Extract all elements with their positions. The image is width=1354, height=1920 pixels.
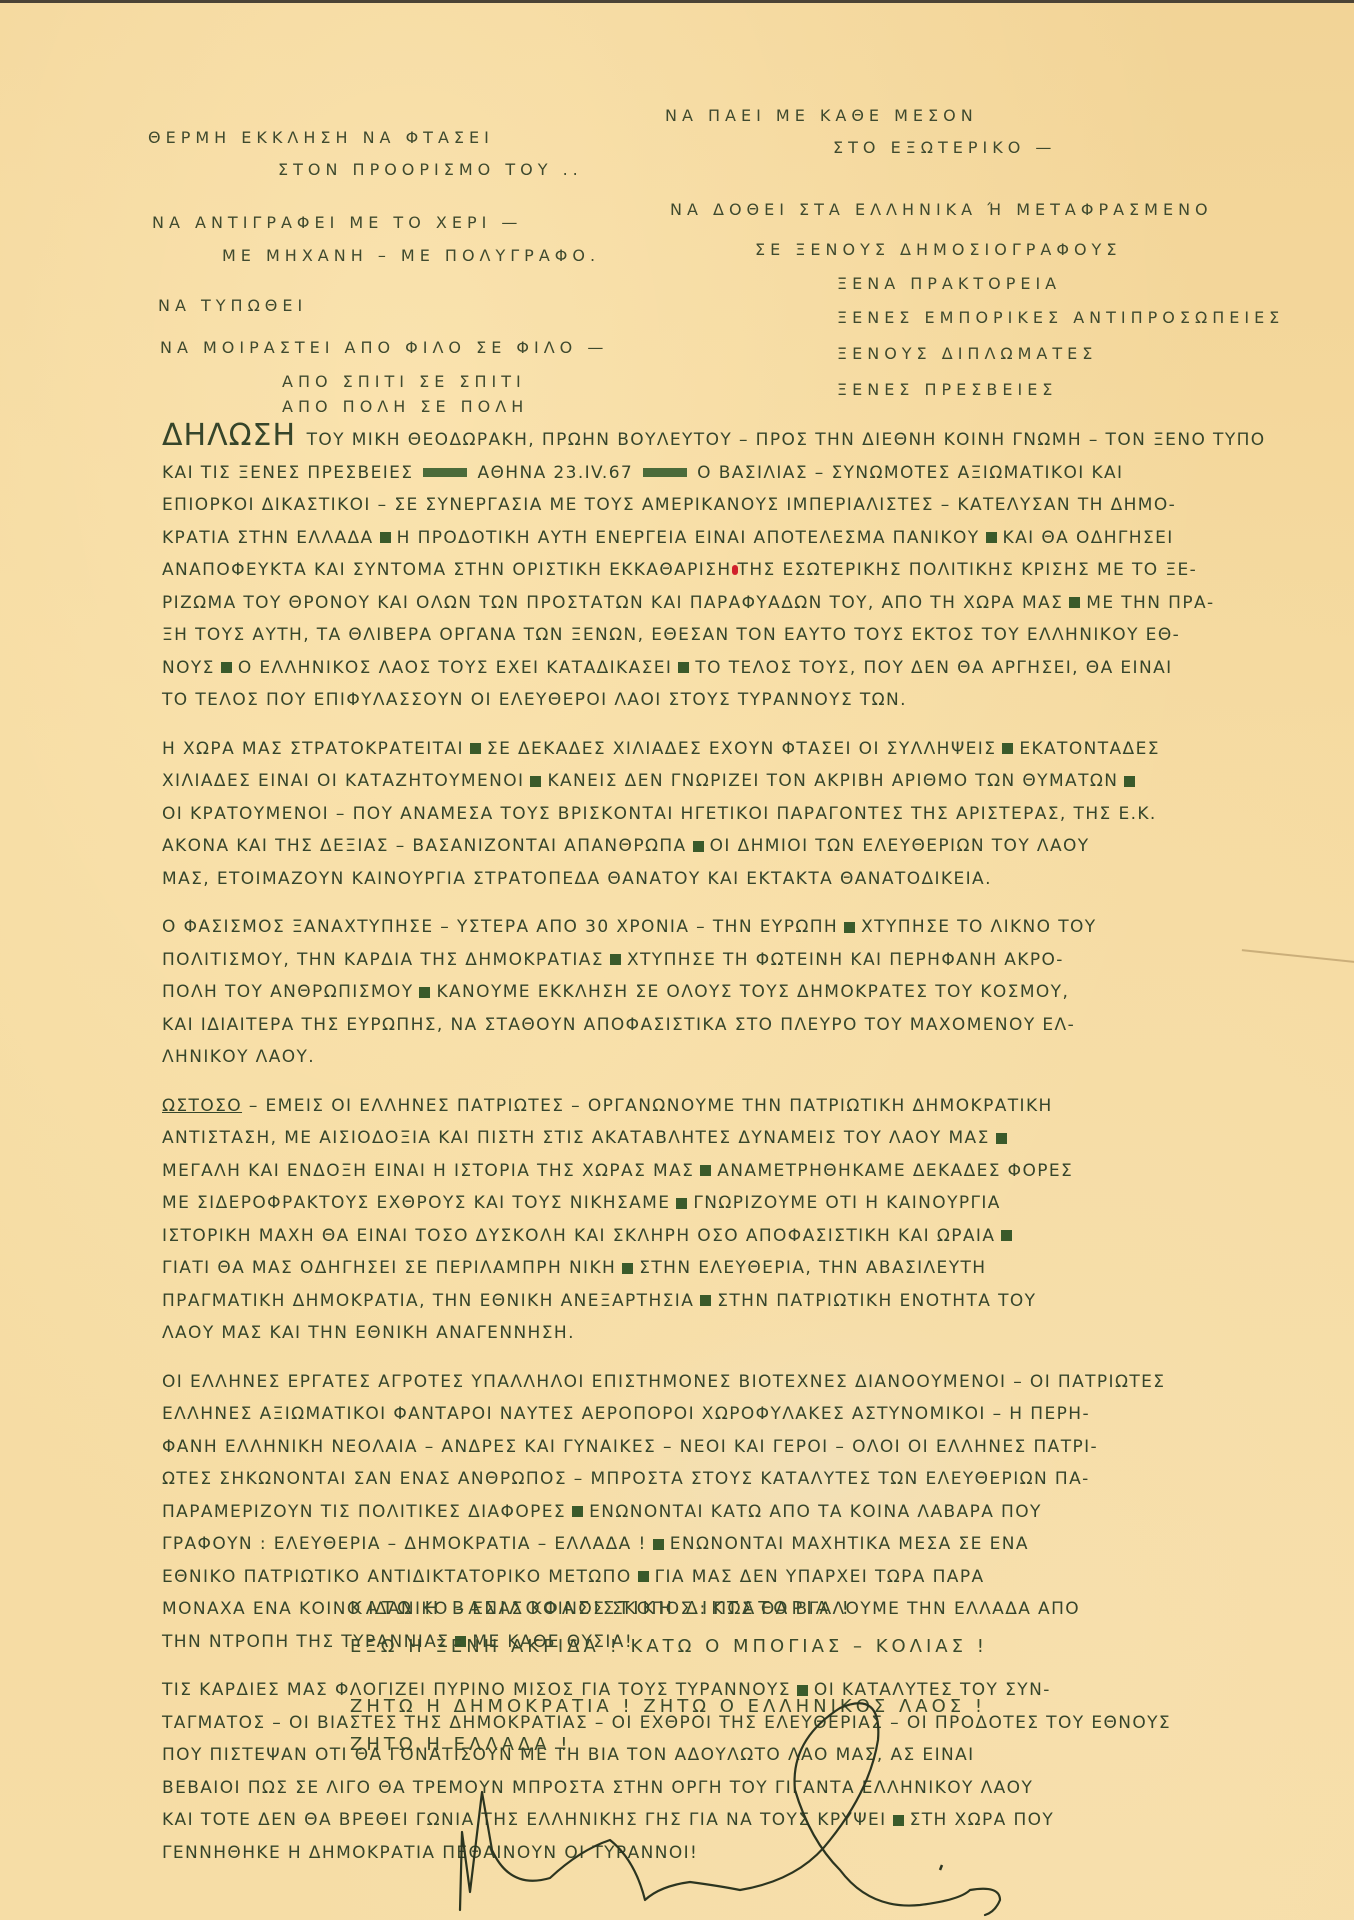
line-text: ΓΝΩΡΙΖΟΥΜΕ ΟΤΙ Η ΚΑΙΝΟΥΡΓΙΑ bbox=[693, 1193, 1000, 1213]
square-bullet-icon bbox=[1124, 776, 1135, 787]
paragraph: ΩΣΤΟΣΟ – ΕΜΕΙΣ ΟΙ ΕΛΛΗΝΕΣ ΠΑΤΡΙΩΤΕΣ – ΟΡ… bbox=[162, 1090, 1292, 1350]
line-text: ΑΘΗΝΑ 23.IV.67 bbox=[477, 463, 633, 483]
instruction-line: ΝΑ ΤΥΠΩΘΕΙ bbox=[158, 296, 307, 315]
slogan-line: ΚΑΤΩ Η ΒΑΣΙΛΟΦΑΣΙΣΤΙΚΗ ΔΙΚΤΑΤΟΡΙΑ ! bbox=[350, 1590, 988, 1628]
line-text: ΕΚΑΤΟΝΤΑΔΕΣ bbox=[1019, 739, 1160, 759]
text-line: ΕΠΙΟΡΚΟΙ ΔΙΚΑΣΤΙΚΟΙ – ΣΕ ΣΥΝΕΡΓΑΣΙΑ ΜΕ Τ… bbox=[162, 489, 1292, 522]
line-text: ΜΕ ΤΗΝ ΠΡΑ- bbox=[1086, 593, 1214, 613]
line-text: ΟΙ ΔΗΜΙΟΙ ΤΩΝ ΕΛΕΥΘΕΡΙΩΝ ΤΟΥ ΛΑΟΥ bbox=[710, 836, 1090, 856]
text-line: ΛΑΟΥ ΜΑΣ ΚΑΙ ΤΗΝ ΕΘΝΙΚΗ ΑΝΑΓΕΝΝΗΣΗ. bbox=[162, 1317, 1292, 1350]
square-bullet-icon bbox=[678, 662, 689, 673]
line-text: ΚΑΝΟΥΜΕ ΕΚΚΛΗΣΗ ΣΕ ΟΛΟΥΣ ΤΟΥΣ ΔΗΜΟΚΡΑΤΕΣ… bbox=[436, 982, 1069, 1002]
instruction-line: ΞΕΝΑ ΠΡΑΚΤΟΡΕΙΑ bbox=[837, 274, 1061, 293]
line-text: ΓΡΑΦΟΥΝ : ΕΛΕΥΘΕΡΙΑ – ΔΗΜΟΚΡΑΤΙΑ – ΕΛΛΑΔ… bbox=[162, 1534, 647, 1554]
instruction-line: ΝΑ ΠΑΕΙ ΜΕ ΚΑΘΕ ΜΕΣΟΝ bbox=[665, 106, 978, 125]
text-line: ΠΟΛΙΤΙΣΜΟΥ, ΤΗΝ ΚΑΡΔΙΑ ΤΗΣ ΔΗΜΟΚΡΑΤΙΑΣΧΤ… bbox=[162, 944, 1292, 977]
paragraph: Η ΧΩΡΑ ΜΑΣ ΣΤΡΑΤΟΚΡΑΤΕΙΤΑΙΣΕ ΔΕΚΑΔΕΣ ΧΙΛ… bbox=[162, 733, 1292, 896]
line-text: ΕΛΛΗΝΕΣ ΑΞΙΩΜΑΤΙΚΟΙ ΦΑΝΤΑΡΟΙ ΝΑΥΤΕΣ ΑΕΡΟ… bbox=[162, 1404, 1090, 1424]
text-line: ΓΡΑΦΟΥΝ : ΕΛΕΥΘΕΡΙΑ – ΔΗΜΟΚΡΑΤΙΑ – ΕΛΛΑΔ… bbox=[162, 1528, 1292, 1561]
line-text: ΕΠΙΟΡΚΟΙ ΔΙΚΑΣΤΙΚΟΙ – ΣΕ ΣΥΝΕΡΓΑΣΙΑ ΜΕ Τ… bbox=[162, 495, 1176, 515]
square-bullet-icon bbox=[1069, 597, 1080, 608]
square-bullet-icon bbox=[1001, 1230, 1012, 1241]
text-line: ΜΕ ΣΙΔΕΡΟΦΡΑΚΤΟΥΣ ΕΧΘΡΟΥΣ ΚΑΙ ΤΟΥΣ ΝΙΚΗΣ… bbox=[162, 1187, 1292, 1220]
line-text: ΠΟΛΗ ΤΟΥ ΑΝΘΡΩΠΙΣΜΟΥ bbox=[162, 982, 413, 1002]
line-text: ΝΟΥΣ bbox=[162, 658, 215, 678]
paragraph: Ο ΦΑΣΙΣΜΟΣ ΞΑΝΑΧΤΥΠΗΣΕ – ΥΣΤΕΡΑ ΑΠΟ 30 Χ… bbox=[162, 911, 1292, 1074]
line-text: ΕΝΩΝΟΝΤΑΙ ΚΑΤΩ ΑΠΟ ΤΑ ΚΟΙΝΑ ΛΑΒΑΡΑ ΠΟΥ bbox=[589, 1502, 1042, 1522]
text-line: ΑΚΟΝΑ ΚΑΙ ΤΗΣ ΔΕΞΙΑΣ – ΒΑΣΑΝΙΖΟΝΤΑΙ ΑΠΑΝ… bbox=[162, 830, 1292, 863]
line-text: ΑΝΑΠΟΦΕΥΚΤΑ ΚΑΙ ΣΥΝΤΟΜΑ ΣΤΗΝ ΟΡΙΣΤΙΚΗ ΕΚ… bbox=[162, 560, 732, 580]
line-text: ΧΤΥΠΗΣΕ ΤΗ ΦΩΤΕΙΝΗ ΚΑΙ ΠΕΡΗΦΑΝΗ ΑΚΡΟ- bbox=[627, 950, 1064, 970]
line-text: Η ΧΩΡΑ ΜΑΣ ΣΤΡΑΤΟΚΡΑΤΕΙΤΑΙ bbox=[162, 739, 464, 759]
line-text: ΛΑΟΥ ΜΑΣ ΚΑΙ ΤΗΝ ΕΘΝΙΚΗ ΑΝΑΓΕΝΝΗΣΗ. bbox=[162, 1323, 575, 1343]
square-bullet-icon bbox=[996, 1133, 1007, 1144]
text-line: ΙΣΤΟΡΙΚΗ ΜΑΧΗ ΘΑ ΕΙΝΑΙ ΤΟΣΟ ΔΥΣΚΟΛΗ ΚΑΙ … bbox=[162, 1220, 1292, 1253]
instruction-line: ΣΕ ΞΕΝΟΥΣ ΔΗΜΟΣΙΟΓΡΑΦΟΥΣ bbox=[755, 240, 1121, 259]
instruction-line: ΑΠΟ ΣΠΙΤΙ ΣΕ ΣΠΙΤΙ bbox=[282, 372, 526, 391]
signature-icon bbox=[400, 1700, 1100, 1920]
instruction-line: ΞΕΝΕΣ ΠΡΕΣΒΕΙΕΣ bbox=[837, 380, 1057, 399]
text-line: ΩΤΕΣ ΣΗΚΩΝΟΝΤΑΙ ΣΑΝ ΕΝΑΣ ΑΝΘΡΩΠΟΣ – ΜΠΡΟ… bbox=[162, 1463, 1292, 1496]
instruction-line: ΝΑ ΑΝΤΙΓΡΑΦΕΙ ΜΕ ΤΟ ΧΕΡΙ — bbox=[152, 213, 522, 232]
top-edge bbox=[0, 0, 1354, 3]
line-text: ΞΗ ΤΟΥΣ ΑΥΤΗ, ΤΑ ΘΛΙΒΕΡΑ ΟΡΓΑΝΑ ΤΩΝ ΞΕΝΩ… bbox=[162, 625, 1180, 645]
line-text: ΡΙΖΩΜΑ ΤΟΥ ΘΡΟΝΟΥ ΚΑΙ ΟΛΩΝ ΤΩΝ ΠΡΟΣΤΑΤΩΝ… bbox=[162, 593, 1063, 613]
instruction-line: ΘΕΡΜΗ ΕΚΚΛΗΣΗ ΝΑ ΦΤΑΣΕΙ bbox=[148, 128, 494, 147]
text-line: ΛΗΝΙΚΟΥ ΛΑΟΥ. bbox=[162, 1041, 1292, 1074]
text-line: ΞΗ ΤΟΥΣ ΑΥΤΗ, ΤΑ ΘΛΙΒΕΡΑ ΟΡΓΑΝΑ ΤΩΝ ΞΕΝΩ… bbox=[162, 619, 1292, 652]
text-line: ΡΙΖΩΜΑ ΤΟΥ ΘΡΟΝΟΥ ΚΑΙ ΟΛΩΝ ΤΩΝ ΠΡΟΣΤΑΤΩΝ… bbox=[162, 587, 1292, 620]
instruction-line: ΑΠΟ ΠΟΛΗ ΣΕ ΠΟΛΗ bbox=[282, 397, 528, 416]
line-text: ΑΝΑΜΕΤΡΗΘΗΚΑΜΕ ΔΕΚΑΔΕΣ ΦΟΡΕΣ bbox=[717, 1161, 1073, 1181]
text-line: ΑΝΑΠΟΦΕΥΚΤΑ ΚΑΙ ΣΥΝΤΟΜΑ ΣΤΗΝ ΟΡΙΣΤΙΚΗ ΕΚ… bbox=[162, 554, 1292, 587]
line-text: ΩΣΤΟΣΟ bbox=[162, 1096, 242, 1116]
text-line: ΩΣΤΟΣΟ – ΕΜΕΙΣ ΟΙ ΕΛΛΗΝΕΣ ΠΑΤΡΙΩΤΕΣ – ΟΡ… bbox=[162, 1090, 1292, 1123]
line-text: ΙΣΤΟΡΙΚΗ ΜΑΧΗ ΘΑ ΕΙΝΑΙ ΤΟΣΟ ΔΥΣΚΟΛΗ ΚΑΙ … bbox=[162, 1226, 995, 1246]
line-text: ΚΑΝΕΙΣ ΔΕΝ ΓΝΩΡΙΖΕΙ ΤΟΝ ΑΚΡΙΒΗ ΑΡΙΘΜΟ ΤΩ… bbox=[547, 771, 1118, 791]
line-text: ΑΝΤΙΣΤΑΣΗ, ΜΕ ΑΙΣΙΟΔΟΞΙΑ ΚΑΙ ΠΙΣΤΗ ΣΤΙΣ … bbox=[162, 1128, 990, 1148]
text-line: Η ΧΩΡΑ ΜΑΣ ΣΤΡΑΤΟΚΡΑΤΕΙΤΑΙΣΕ ΔΕΚΑΔΕΣ ΧΙΛ… bbox=[162, 733, 1292, 766]
text-line: ΓΙΑΤΙ ΘΑ ΜΑΣ ΟΔΗΓΗΣΕΙ ΣΕ ΠΕΡΙΛΑΜΠΡΗ ΝΙΚΗ… bbox=[162, 1252, 1292, 1285]
instruction-line: ΞΕΝΕΣ ΕΜΠΟΡΙΚΕΣ ΑΝΤΙΠΡΟΣΩΠΕΙΕΣ bbox=[837, 308, 1284, 327]
square-bullet-icon bbox=[676, 1198, 687, 1209]
text-line: ΚΑΙ ΙΔΙΑΙΤΕΡΑ ΤΗΣ ΕΥΡΩΠΗΣ, ΝΑ ΣΤΑΘΟΥΝ ΑΠ… bbox=[162, 1009, 1292, 1042]
line-text: Ο ΦΑΣΙΣΜΟΣ ΞΑΝΑΧΤΥΠΗΣΕ – ΥΣΤΕΡΑ ΑΠΟ 30 Χ… bbox=[162, 917, 838, 937]
heading-word: ΔΗΛΩΣΗ bbox=[162, 418, 307, 453]
square-bullet-icon bbox=[693, 841, 704, 852]
text-line: ΠΟΛΗ ΤΟΥ ΑΝΘΡΩΠΙΣΜΟΥΚΑΝΟΥΜΕ ΕΚΚΛΗΣΗ ΣΕ Ο… bbox=[162, 976, 1292, 1009]
line-text: ΛΗΝΙΚΟΥ ΛΑΟΥ. bbox=[162, 1047, 315, 1067]
square-bullet-icon bbox=[470, 743, 481, 754]
line-text: ΤΟ ΤΕΛΟΣ ΠΟΥ ΕΠΙΦΥΛΑΣΣΟΥΝ ΟΙ ΕΛΕΥΘΕΡΟΙ Λ… bbox=[162, 690, 907, 710]
line-text: ΕΘΝΙΚΟ ΠΑΤΡΙΩΤΙΚΟ ΑΝΤΙΔΙΚΤΑΤΟΡΙΚΟ ΜΕΤΩΠΟ bbox=[162, 1567, 632, 1587]
line-text: ΓΙΑΤΙ ΘΑ ΜΑΣ ΟΔΗΓΗΣΕΙ ΣΕ ΠΕΡΙΛΑΜΠΡΗ ΝΙΚΗ bbox=[162, 1258, 616, 1278]
line-text: ΣΤΗΝ ΕΛΕΥΘΕΡΙΑ, ΤΗΝ ΑΒΑΣΙΛΕΥΤΗ bbox=[639, 1258, 986, 1278]
square-bullet-icon bbox=[610, 954, 621, 965]
paragraph: ΔΗΛΩΣΗ ΤΟΥ ΜΙΚΗ ΘΕΟΔΩΡΑΚΗ, ΠΡΩΗΝ ΒΟΥΛΕΥΤ… bbox=[162, 420, 1292, 717]
line-text: ΕΝΩΝΟΝΤΑΙ ΜΑΧΗΤΙΚΑ ΜΕΣΑ ΣΕ ΕΝΑ bbox=[670, 1534, 1029, 1554]
line-text: ΠΟΛΙΤΙΣΜΟΥ, ΤΗΝ ΚΑΡΔΙΑ ΤΗΣ ΔΗΜΟΚΡΑΤΙΑΣ bbox=[162, 950, 604, 970]
text-line: ΜΑΣ, ΕΤΟΙΜΑΖΟΥΝ ΚΑΙΝΟΥΡΓΙΑ ΣΤΡΑΤΟΠΕΔΑ ΘΑ… bbox=[162, 863, 1292, 896]
text-line: ΜΕΓΑΛΗ ΚΑΙ ΕΝΔΟΞΗ ΕΙΝΑΙ Η ΙΣΤΟΡΙΑ ΤΗΣ ΧΩ… bbox=[162, 1155, 1292, 1188]
scribble-mark-icon bbox=[423, 468, 467, 477]
line-text: Ο ΒΑΣΙΛΙΑΣ – ΣΥΝΩΜΟΤΕΣ ΑΞΙΩΜΑΤΙΚΟΙ ΚΑΙ bbox=[697, 463, 1123, 483]
text-line: Ο ΦΑΣΙΣΜΟΣ ΞΑΝΑΧΤΥΠΗΣΕ – ΥΣΤΕΡΑ ΑΠΟ 30 Χ… bbox=[162, 911, 1292, 944]
instruction-line: ΝΑ ΔΟΘΕΙ ΣΤΑ ΕΛΛΗΝΙΚΑ Ή ΜΕΤΑΦΡΑΣΜΕΝΟ bbox=[670, 200, 1213, 219]
instruction-line: ΣΤΟΝ ΠΡΟΟΡΙΣΜΟ ΤΟΥ .. bbox=[278, 160, 583, 179]
line-text: ΤΗΣ ΕΣΩΤΕΡΙΚΗΣ ΠΟΛΙΤΙΚΗΣ ΚΡΙΣΗΣ ΜΕ ΤΟ ΞΕ… bbox=[738, 560, 1198, 580]
text-line: ΕΘΝΙΚΟ ΠΑΤΡΙΩΤΙΚΟ ΑΝΤΙΔΙΚΤΑΤΟΡΙΚΟ ΜΕΤΩΠΟ… bbox=[162, 1561, 1292, 1594]
line-text: ΚΡΑΤΙΑ ΣΤΗΝ ΕΛΛΑΔΑ bbox=[162, 528, 374, 548]
line-text: ΚΑΙ ΙΔΙΑΙΤΕΡΑ ΤΗΣ ΕΥΡΩΠΗΣ, ΝΑ ΣΤΑΘΟΥΝ ΑΠ… bbox=[162, 1015, 1075, 1035]
line-text: ΦΑΝΗ ΕΛΛΗΝΙΚΗ ΝΕΟΛΑΙΑ – ΑΝΔΡΕΣ ΚΑΙ ΓΥΝΑΙ… bbox=[162, 1437, 1098, 1457]
line-text: ΣΤΗΝ ΠΑΤΡΙΩΤΙΚΗ ΕΝΟΤΗΤΑ ΤΟΥ bbox=[717, 1291, 1036, 1311]
text-line: ΠΑΡΑΜΕΡΙΖΟΥΝ ΤΙΣ ΠΟΛΙΤΙΚΕΣ ΔΙΑΦΟΡΕΣΕΝΩΝΟ… bbox=[162, 1496, 1292, 1529]
slogan-line: ΕΞΩ Η ΞΕΝΗ ΑΚΡΙΔΑ ! ΚΑΤΩ Ο ΜΠΟΓΙΑΣ – ΚΟΛ… bbox=[350, 1628, 988, 1666]
square-bullet-icon bbox=[700, 1165, 711, 1176]
square-bullet-icon bbox=[572, 1506, 583, 1517]
scribble-mark-icon bbox=[643, 468, 687, 477]
line-text: ΜΕ ΣΙΔΕΡΟΦΡΑΚΤΟΥΣ ΕΧΘΡΟΥΣ ΚΑΙ ΤΟΥΣ ΝΙΚΗΣ… bbox=[162, 1193, 670, 1213]
line-text: – ΕΜΕΙΣ ΟΙ ΕΛΛΗΝΕΣ ΠΑΤΡΙΩΤΕΣ – ΟΡΓΑΝΩΝΟΥ… bbox=[242, 1096, 1053, 1116]
square-bullet-icon bbox=[700, 1295, 711, 1306]
line-text: ΜΑΣ, ΕΤΟΙΜΑΖΟΥΝ ΚΑΙΝΟΥΡΓΙΑ ΣΤΡΑΤΟΠΕΔΑ ΘΑ… bbox=[162, 869, 992, 889]
instruction-line: ΞΕΝΟΥΣ ΔΙΠΛΩΜΑΤΕΣ bbox=[837, 344, 1097, 363]
line-text: ΩΤΕΣ ΣΗΚΩΝΟΝΤΑΙ ΣΑΝ ΕΝΑΣ ΑΝΘΡΩΠΟΣ – ΜΠΡΟ… bbox=[162, 1469, 1090, 1489]
text-line: ΔΗΛΩΣΗ ΤΟΥ ΜΙΚΗ ΘΕΟΔΩΡΑΚΗ, ΠΡΩΗΝ ΒΟΥΛΕΥΤ… bbox=[162, 420, 1292, 457]
square-bullet-icon bbox=[1002, 743, 1013, 754]
text-line: ΟΙ ΕΛΛΗΝΕΣ ΕΡΓΑΤΕΣ ΑΓΡΟΤΕΣ ΥΠΑΛΛΗΛΟΙ ΕΠΙ… bbox=[162, 1366, 1292, 1399]
line-text: ΠΑΡΑΜΕΡΙΖΟΥΝ ΤΙΣ ΠΟΛΙΤΙΚΕΣ ΔΙΑΦΟΡΕΣ bbox=[162, 1502, 566, 1522]
instruction-line: ΜΕ ΜΗΧΑΝΗ – ΜΕ ΠΟΛΥΓΡΑΦΟ. bbox=[222, 246, 600, 265]
line-text: ΚΑΙ ΤΙΣ ΞΕΝΕΣ ΠΡΕΣΒΕΙΕΣ bbox=[162, 463, 413, 483]
line-text: ΓΙΑ ΜΑΣ ΔΕΝ ΥΠΑΡΧΕΙ ΤΩΡΑ ΠΑΡΑ bbox=[655, 1567, 985, 1587]
text-line: ΝΟΥΣΟ ΕΛΛΗΝΙΚΟΣ ΛΑΟΣ ΤΟΥΣ ΕΧΕΙ ΚΑΤΑΔΙΚΑΣ… bbox=[162, 652, 1292, 685]
paper-sheet: ΘΕΡΜΗ ΕΚΚΛΗΣΗ ΝΑ ΦΤΑΣΕΙΣΤΟΝ ΠΡΟΟΡΙΣΜΟ ΤΟ… bbox=[0, 0, 1354, 1920]
text-line: ΧΙΛΙΑΔΕΣ ΕΙΝΑΙ ΟΙ ΚΑΤΑΖΗΤΟΥΜΕΝΟΙΚΑΝΕΙΣ Δ… bbox=[162, 765, 1292, 798]
text-line: ΠΡΑΓΜΑΤΙΚΗ ΔΗΜΟΚΡΑΤΙΑ, ΤΗΝ ΕΘΝΙΚΗ ΑΝΕΞΑΡ… bbox=[162, 1285, 1292, 1318]
line-text: Η ΠΡΟΔΟΤΙΚΗ ΑΥΤΗ ΕΝΕΡΓΕΙΑ ΕΙΝΑΙ ΑΠΟΤΕΛΕΣ… bbox=[397, 528, 980, 548]
text-line: ΤΟ ΤΕΛΟΣ ΠΟΥ ΕΠΙΦΥΛΑΣΣΟΥΝ ΟΙ ΕΛΕΥΘΕΡΟΙ Λ… bbox=[162, 684, 1292, 717]
text-line: ΚΑΙ ΤΙΣ ΞΕΝΕΣ ΠΡΕΣΒΕΙΕΣΑΘΗΝΑ 23.IV.67Ο Β… bbox=[162, 457, 1292, 490]
square-bullet-icon bbox=[653, 1539, 664, 1550]
square-bullet-icon bbox=[844, 922, 855, 933]
line-text: Ο ΕΛΛΗΝΙΚΟΣ ΛΑΟΣ ΤΟΥΣ ΕΧΕΙ ΚΑΤΑΔΙΚΑΣΕΙ bbox=[238, 658, 673, 678]
square-bullet-icon bbox=[638, 1571, 649, 1582]
line-text: ΤΟ ΤΕΛΟΣ ΤΟΥΣ, ΠΟΥ ΔΕΝ ΘΑ ΑΡΓΗΣΕΙ, ΘΑ ΕΙ… bbox=[695, 658, 1172, 678]
line-text: ΧΙΛΙΑΔΕΣ ΕΙΝΑΙ ΟΙ ΚΑΤΑΖΗΤΟΥΜΕΝΟΙ bbox=[162, 771, 524, 791]
square-bullet-icon bbox=[380, 532, 391, 543]
line-text: ΠΡΑΓΜΑΤΙΚΗ ΔΗΜΟΚΡΑΤΙΑ, ΤΗΝ ΕΘΝΙΚΗ ΑΝΕΞΑΡ… bbox=[162, 1291, 694, 1311]
line-text: ΟΙ ΕΛΛΗΝΕΣ ΕΡΓΑΤΕΣ ΑΓΡΟΤΕΣ ΥΠΑΛΛΗΛΟΙ ΕΠΙ… bbox=[162, 1372, 1165, 1392]
square-bullet-icon bbox=[419, 987, 430, 998]
line-text: ΤΟΥ ΜΙΚΗ ΘΕΟΔΩΡΑΚΗ, ΠΡΩΗΝ ΒΟΥΛΕΥΤΟΥ – ΠΡ… bbox=[307, 430, 1266, 450]
line-text: ΟΙ ΚΡΑΤΟΥΜΕΝΟΙ – ΠΟΥ ΑΝΑΜΕΣΑ ΤΟΥΣ ΒΡΙΣΚΟ… bbox=[162, 804, 1157, 824]
text-line: ΕΛΛΗΝΕΣ ΑΞΙΩΜΑΤΙΚΟΙ ΦΑΝΤΑΡΟΙ ΝΑΥΤΕΣ ΑΕΡΟ… bbox=[162, 1398, 1292, 1431]
instruction-line: ΣΤΟ ΕΞΩΤΕΡΙΚΟ — bbox=[833, 138, 1056, 157]
square-bullet-icon bbox=[622, 1263, 633, 1274]
text-line: ΦΑΝΗ ΕΛΛΗΝΙΚΗ ΝΕΟΛΑΙΑ – ΑΝΔΡΕΣ ΚΑΙ ΓΥΝΑΙ… bbox=[162, 1431, 1292, 1464]
text-line: ΟΙ ΚΡΑΤΟΥΜΕΝΟΙ – ΠΟΥ ΑΝΑΜΕΣΑ ΤΟΥΣ ΒΡΙΣΚΟ… bbox=[162, 798, 1292, 831]
line-text: ΜΕΓΑΛΗ ΚΑΙ ΕΝΔΟΞΗ ΕΙΝΑΙ Η ΙΣΤΟΡΙΑ ΤΗΣ ΧΩ… bbox=[162, 1161, 694, 1181]
text-line: ΚΡΑΤΙΑ ΣΤΗΝ ΕΛΛΑΔΑΗ ΠΡΟΔΟΤΙΚΗ ΑΥΤΗ ΕΝΕΡΓ… bbox=[162, 522, 1292, 555]
square-bullet-icon bbox=[221, 662, 232, 673]
line-text: ΧΤΥΠΗΣΕ ΤΟ ΛΙΚΝΟ ΤΟΥ bbox=[861, 917, 1096, 937]
line-text: ΑΚΟΝΑ ΚΑΙ ΤΗΣ ΔΕΞΙΑΣ – ΒΑΣΑΝΙΖΟΝΤΑΙ ΑΠΑΝ… bbox=[162, 836, 687, 856]
line-text: ΣΕ ΔΕΚΑΔΕΣ ΧΙΛΙΑΔΕΣ ΕΧΟΥΝ ΦΤΑΣΕΙ ΟΙ ΣΥΛΛ… bbox=[487, 739, 996, 759]
slogan-line bbox=[350, 1666, 988, 1688]
text-line: ΑΝΤΙΣΤΑΣΗ, ΜΕ ΑΙΣΙΟΔΟΞΙΑ ΚΑΙ ΠΙΣΤΗ ΣΤΙΣ … bbox=[162, 1122, 1292, 1155]
line-text: ΚΑΙ ΘΑ ΟΔΗΓΗΣΕΙ bbox=[1003, 528, 1174, 548]
instruction-line: ΝΑ ΜΟΙΡΑΣΤΕΙ ΑΠΟ ΦΙΛΟ ΣΕ ΦΙΛΟ — bbox=[160, 338, 608, 357]
square-bullet-icon bbox=[530, 776, 541, 787]
square-bullet-icon bbox=[986, 532, 997, 543]
